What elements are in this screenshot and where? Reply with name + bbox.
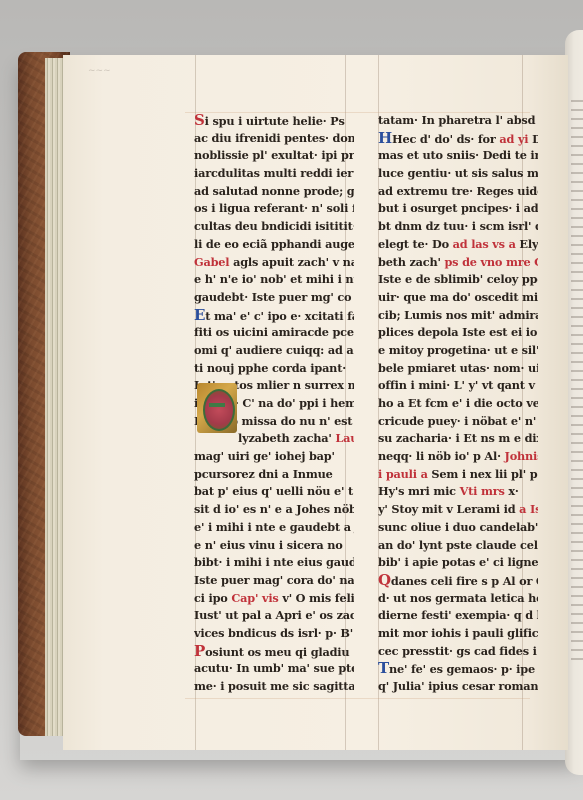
rubric: a Istis	[519, 502, 538, 516]
text-line: gaudebt· Iste puer mg' co ' na	[194, 289, 354, 307]
text-line: Iste e de sblimib' celoy ppotetib'	[378, 271, 538, 289]
text-line: bib' i apie potas e' ci ligne corn	[378, 554, 538, 572]
text-line: Iust' ut pal a Apri e' os zach z ppi	[194, 607, 354, 625]
text-line: fiti os uicini amiracde pcellut·	[194, 324, 354, 342]
text-line: sunc oliue i duo candelab' luceci	[378, 519, 538, 537]
text-line: e h' n'e io' nob' et mihi i nte e	[194, 271, 354, 289]
text-line: e mitoy progetina· ut e sil' p ga	[378, 342, 538, 360]
text-line: bt dnm dz tuu· i scm isrl' qui	[378, 218, 538, 236]
rubric: Cap' vis	[231, 591, 278, 605]
rubric: Gabel	[194, 255, 229, 269]
text-line: vices bndicus ds isrl· p· B' ad vi	[194, 625, 354, 643]
text-line: Si spu i uirtute helie· Ps	[194, 112, 354, 130]
rubric: ad las vs a	[453, 237, 516, 251]
text-line: uir· que ma do' oscedit miris i uis	[378, 289, 538, 307]
faint-folio-mark: ~~~	[88, 66, 111, 76]
text-line: an do' lynt pste claude celi mi	[378, 537, 538, 555]
text-line: cricude puey· i nöbat e' n' pris	[378, 413, 538, 431]
text-line: Et ma' e' c' ipo e· xcitati fama	[194, 307, 354, 325]
text-line: pcursorez dni a Inmue	[194, 466, 354, 484]
rubric: ps de vno mre Cp vis	[444, 255, 538, 269]
text-line: cultas deu bndicidi isititit·	[194, 218, 354, 236]
text-line: d· ut nos germata letica ho	[378, 590, 538, 608]
text-line: HHec d' do' ds· for ad yi Do	[378, 130, 538, 148]
text-line: but i osurget pncipes· i adora	[378, 200, 538, 218]
text-line: e' i mihi i nte e gaudebt a Johnes	[194, 519, 354, 537]
text-line: iarcdulitas multi reddi iert·	[194, 165, 354, 183]
text-line: mag' uiri ge' iohej bap'	[194, 448, 354, 466]
text-line: Posiunt os meu qi gladiu	[194, 643, 354, 661]
text-line: me· i posuit me sic sagitta ele	[194, 678, 354, 696]
text-line: noblissie pl' exultat· ipi pri q'	[194, 147, 354, 165]
decorated-initial: H	[378, 130, 392, 148]
text-line: plices depola Iste est ei io' e' tita	[378, 324, 538, 342]
right-text-column: tatam· In pharetra l' absd me·HHec d' do…	[378, 112, 538, 696]
text-line: Gabel agls apuit zach' v nascet	[194, 254, 354, 272]
text-line: bat p' eius q' uelli nöu e' t'lap	[194, 483, 354, 501]
ruling-line	[185, 698, 530, 699]
text-line: beth zach' ps de vno mre Cp vis	[378, 254, 538, 272]
text-line: y' Stoy mit v Lerami id a Istis	[378, 501, 538, 519]
text-line: luce gentiu· ut sis salus mã us	[378, 165, 538, 183]
rubric: Laudes	[335, 431, 354, 445]
rubric: i pauli a	[378, 467, 428, 481]
text-line: Iste puer mag' cora do' na i ma e'	[194, 572, 354, 590]
text-line: offin i mini· L' y' vt qant v fut	[378, 377, 538, 395]
text-line: ad salutad nonne prode; gre	[194, 183, 354, 201]
text-line: q' Julia' ipius cesar roman'	[378, 678, 538, 696]
decorated-initial: E	[194, 307, 205, 325]
text-line: elegt te· Do ad las vs a Elyza	[378, 236, 538, 254]
illuminated-initial-e	[197, 383, 237, 433]
rubric: Vti mrs	[460, 484, 505, 498]
text-line: bibt· i mihi i nte eius gaudebt· a	[194, 554, 354, 572]
text-line: li de eo eciã pphandi augetr·	[194, 236, 354, 254]
rubric: ad yi	[499, 132, 528, 146]
text-line: dierne festi' exempia· q d brev	[378, 607, 538, 625]
text-line: cec presstit· gs cad fides i pa	[378, 643, 538, 661]
text-line: tatam· In pharetra l' absd me·	[378, 112, 538, 130]
text-line: i pauli a Sem i nex lii pl' p cp'	[378, 466, 538, 484]
text-line: e n' eius vinu i sicera no	[194, 537, 354, 555]
text-line: acutu· In umb' ma' sue ptex	[194, 660, 354, 678]
decorated-initial: T	[378, 660, 389, 678]
text-line: cib; Lumis nos mit' admirai sup	[378, 307, 538, 325]
text-line: Hy's mri mic Vti mrs x·	[378, 483, 538, 501]
decorated-initial: S	[194, 112, 205, 130]
decorated-initial: P	[194, 643, 205, 661]
text-line: neqq· li nöb io' p Al· Johnis	[378, 448, 538, 466]
text-line: lyzabeth zacha' Laudes	[194, 430, 354, 448]
text-line: ti nouj pphe corda ipant·	[194, 360, 354, 378]
text-line: mit mor iohis i pauli glifica	[378, 625, 538, 643]
text-line: sit d io' es n' e a Johes nöb n'	[194, 501, 354, 519]
text-line: ho a Et fcm e' i die octo venerut	[378, 395, 538, 413]
text-line: ad extremu tre· Reges uide	[378, 183, 538, 201]
text-line: Qdanes celi fire s p Al or Q s·o·	[378, 572, 538, 590]
text-line: mas et uto sniis· Dedi te in	[378, 147, 538, 165]
text-line: omi q' audiere cuiqq: ad adue	[194, 342, 354, 360]
text-line: bele pmiaret utas· nom· uict'	[378, 360, 538, 378]
rubric: Johnis	[505, 449, 538, 463]
text-line: os i ligua referant· n' soli fa	[194, 200, 354, 218]
text-line: ci ipo Cap' vis v' O mis felix· v	[194, 590, 354, 608]
text-line: Tne' fe' es gemaos· p· ipe	[378, 660, 538, 678]
text-line: ac diu ifrenidi pentes· dono	[194, 130, 354, 148]
text-line: su zacharia· i Et ns m e dixit·	[378, 430, 538, 448]
facing-page-text	[571, 100, 583, 660]
decorated-initial: Q	[378, 572, 391, 590]
